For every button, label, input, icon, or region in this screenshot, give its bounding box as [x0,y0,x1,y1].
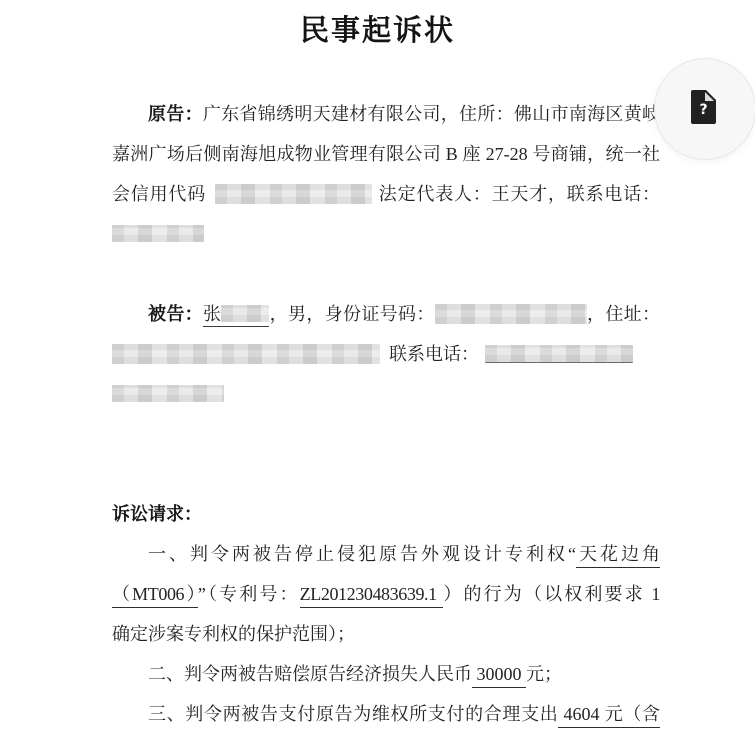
folded-corner-icon [706,90,716,100]
defendant-line-1-post: ，住址： [587,304,660,324]
claims-header: 诉讼请求： [112,494,660,534]
plaintiff-line-2: 嘉洲广场后侧南海旭成物业管理有限公司 B 座 27-28 号商铺，统一社 [112,134,660,174]
section-gap [112,414,660,494]
plaintiff-line-4 [112,214,660,254]
claim-2-post: 元； [526,664,562,684]
help-button[interactable]: ? [654,58,755,160]
redacted-defendant-address [112,344,380,364]
defendant-surname: 张 [203,304,221,324]
defendant-line-1-mid: ，男，身份证号码： [269,304,434,324]
claim-1-line-2: （MT006）”（专利号：ZL201230483639.1 ）的行为（以权利要求… [112,574,660,614]
page-title: 民事起诉状 [0,8,755,49]
patent-model-underlined: （MT006） [112,584,198,608]
defendant-line-3 [112,374,660,414]
plaintiff-line-3-post: 法定代表人：王天才，联系电话： [378,184,660,204]
plaintiff-line-3: 会信用代码法定代表人：王天才，联系电话： [112,174,660,214]
redacted-plaintiff-phone [112,225,204,242]
redacted-credit-code [215,184,372,204]
claim-1-line-1: 一、判令两被告停止侵犯原告外观设计专利权“天花边角 [112,534,660,574]
defendant-phone-label: 联系电话： [389,344,479,364]
document-body: 原告：广东省锦绣明天建材有限公司，住所：佛山市南海区黄岐 嘉洲广场后侧南海旭成物… [112,94,660,732]
claim-2-line: 二、判令两被告赔偿原告经济损失人民币 30000 元； [112,654,660,694]
patent-name-underlined: 天花边角 [576,544,660,568]
plaintiff-line-1-text: 广东省锦绣明天建材有限公司，住所：佛山市南海区黄岐 [203,104,660,124]
document-question-icon: ? [691,90,716,124]
damages-amount-underlined: 30000 [472,664,526,688]
claim-3-pre: 三、判令两被告支付原告为维权所支付的合理支出 [148,704,558,724]
question-mark: ? [691,103,716,117]
defendant-name: 张 [203,304,269,327]
plaintiff-label: 原告： [148,104,203,124]
claim-1-line-2-post: ）的行为（以权利要求 1 [443,584,660,604]
redacted-id-number [435,304,587,324]
plaintiff-line-2-text: 嘉洲广场后侧南海旭成物业管理有限公司 B 座 27-28 号商铺，统一社 [112,144,660,164]
claim-3-line: 三、判令两被告支付原告为维权所支付的合理支出 4604 元（含 [112,694,660,732]
plaintiff-line-3-pre: 会信用代码 [112,184,206,204]
redacted-defendant-given-name [221,305,269,322]
claim-1-line-3: 确定涉案专利权的保护范围）； [112,614,660,654]
claim-2-pre: 二、判令两被告赔偿原告经济损失人民币 [148,664,472,684]
expenses-amount-underlined: 4604 元（含 [558,704,660,728]
defendant-line-1: 被告：张，男，身份证号码：，住址： [112,294,660,334]
patent-number-underlined: ZL201230483639.1 [300,584,444,608]
redacted-defendant-extra [112,385,224,402]
redacted-defendant-phone [485,345,633,363]
defendant-line-2: 联系电话： [112,334,660,374]
claim-1-line-2-mid: ”（专利号： [198,584,300,604]
defendant-label: 被告： [148,304,203,324]
claim-1-line-1-pre: 一、判令两被告停止侵犯原告外观设计专利权“ [148,544,576,564]
plaintiff-line-1: 原告：广东省锦绣明天建材有限公司，住所：佛山市南海区黄岐 [112,94,660,134]
paragraph-gap [112,254,660,294]
